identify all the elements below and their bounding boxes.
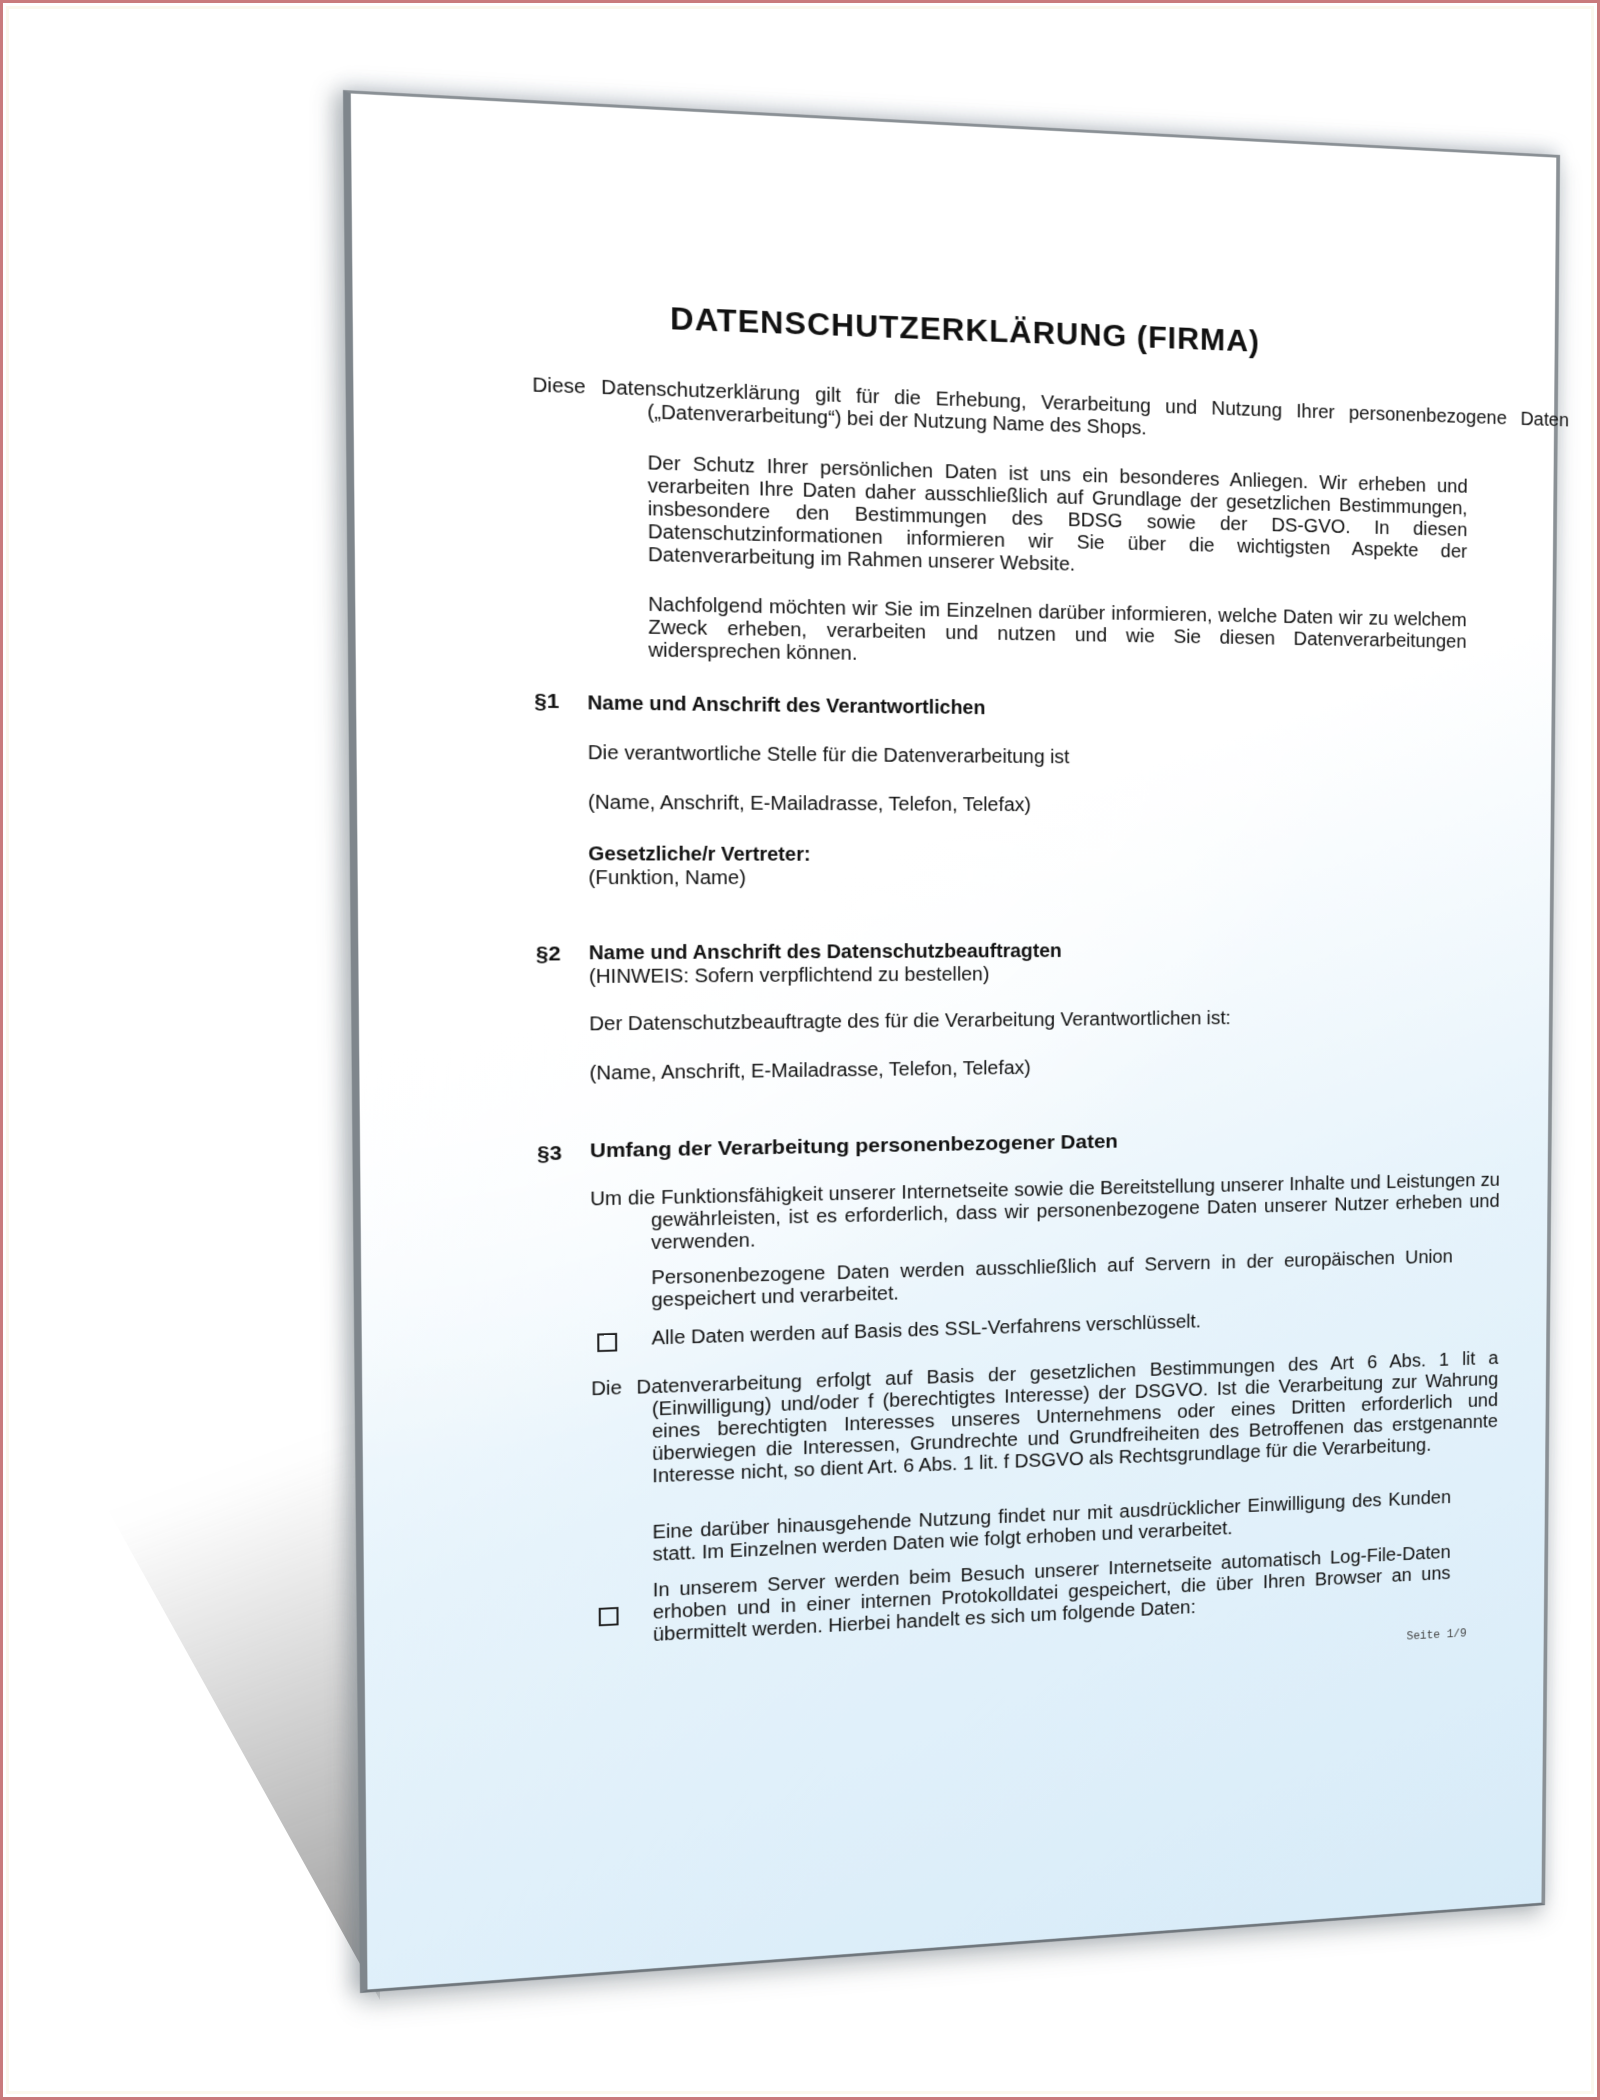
section-2-title: Name und Anschrift des Datenschutzbeauft…: [589, 941, 1062, 966]
page-number: Seite 1/9: [1407, 1627, 1467, 1643]
section-1-representative-value: (Funktion, Name): [588, 867, 1387, 890]
section-1-representative-label: Gesetzliche/r Vertreter:: [588, 843, 1388, 867]
section-2-body-2: (Name, Anschrift, E-Mailadrasse, Telefon…: [589, 1053, 1386, 1085]
section-3-paragraph-2: Personenbezogene Daten werden ausschließ…: [651, 1247, 1453, 1313]
section-1-body-1: Die verantwortliche Stelle für die Daten…: [588, 742, 1389, 772]
intro-paragraph-1: Diese Datenschutzerklärung gilt für die …: [532, 374, 1569, 453]
ssl-checkbox[interactable]: [597, 1333, 617, 1352]
intro-paragraph-3: Nachfolgend möchten wir Sie im Einzelnen…: [648, 594, 1467, 675]
page-title: DATENSCHUTZERKLÄRUNG (FIRMA): [670, 301, 1260, 359]
section-1-title: Name und Anschrift des Verantwortlichen: [587, 692, 985, 720]
section-2-note: (HINWEIS: Sofern verpflichtend zu bestel…: [589, 962, 1387, 989]
section-3-number: §3: [537, 1142, 562, 1166]
ssl-checkbox-label: Alle Daten werden auf Basis des SSL-Verf…: [652, 1304, 1453, 1351]
section-2-number: §2: [536, 943, 561, 967]
section-1-body-2: (Name, Anschrift, E-Mailadrasse, Telefon…: [588, 792, 1388, 819]
document-page: DATENSCHUTZERKLÄRUNG (FIRMA) Diese Daten…: [343, 90, 1560, 1993]
document-preview: DATENSCHUTZERKLÄRUNG (FIRMA) Diese Daten…: [0, 0, 1600, 2100]
section-3-paragraph-3: Die Datenverarbeitung erfolgt auf Basis …: [591, 1348, 1498, 1490]
intro-paragraph-2: Der Schutz Ihrer persönlichen Daten ist …: [648, 452, 1468, 585]
logfile-checkbox[interactable]: [599, 1607, 619, 1626]
section-3-paragraph-1: Um die Funktionsfähigkeit unserer Intern…: [590, 1170, 1500, 1256]
section-2-body-1: Der Datenschutzbeauftragte des für die V…: [589, 1007, 1387, 1037]
section-3-title: Umfang der Verarbeitung personenbezogene…: [590, 1131, 1118, 1164]
section-1-number: §1: [534, 690, 559, 714]
